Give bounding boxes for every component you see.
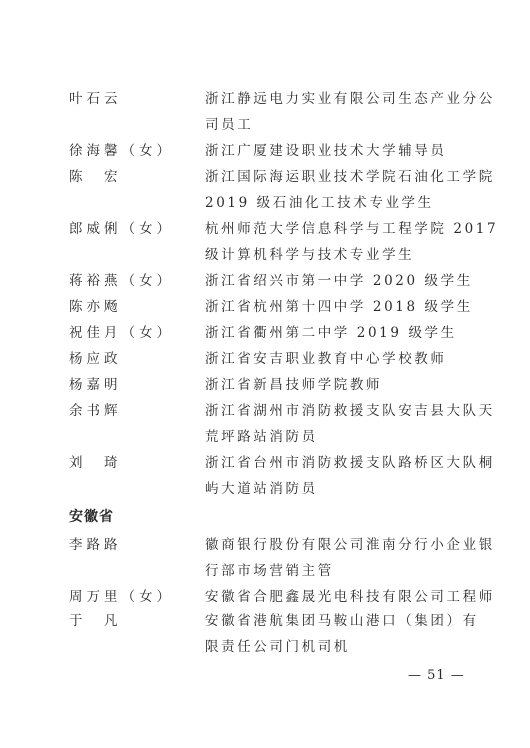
person-affiliation: 浙江省新昌技师学院教师 [205, 372, 382, 398]
person-name: 祝佳月（女） [69, 320, 174, 346]
list-item: 陈亦飏 浙江省杭州第十四中学 2018 级学生 [0, 294, 530, 320]
list-item: 郎威俐（女） 杭州师范大学信息科学与工程学院 2017 [0, 216, 530, 242]
list-item: 祝佳月（女） 浙江省衢州第二中学 2019 级学生 [0, 320, 530, 346]
list-item: 徐海馨（女） 浙江广厦建设职业技术大学辅导员 [0, 138, 530, 164]
person-affiliation: 浙江国际海运职业技术学院石油化工学院 [205, 164, 495, 190]
person-name: 陈亦飏 [69, 294, 122, 320]
list-item: 刘 琦 浙江省台州市消防救援支队路桥区大队桐 [0, 450, 530, 476]
person-name: 余书辉 [69, 398, 122, 424]
list-item-continuation: 行部市场营销主管 [0, 558, 530, 584]
list-item-continuation: 荒坪路站消防员 [0, 424, 530, 450]
person-name: 李路路 [69, 532, 122, 558]
section-heading-anhui: 安徽省 [69, 504, 114, 530]
list-item: 蒋裕燕（女） 浙江省绍兴市第一中学 2020 级学生 [0, 268, 530, 294]
list-item-continuation: 司员工 [0, 112, 530, 138]
person-affiliation: 行部市场营销主管 [205, 558, 334, 584]
list-item: 李路路 徽商银行股份有限公司淮南分行小企业银 [0, 532, 530, 558]
person-affiliation: 浙江省杭州第十四中学 2018 级学生 [205, 294, 473, 320]
list-item: 余书辉 浙江省湖州市消防救援支队安吉县大队天 [0, 398, 530, 424]
person-name: 杨嘉明 [69, 372, 122, 398]
person-name: 周万里（女） [69, 584, 174, 610]
person-affiliation: 浙江省安吉职业教育中心学校教师 [205, 346, 447, 372]
person-affiliation: 安徽省港航集团马鞍山港口（集团）有 [205, 608, 479, 634]
person-affiliation: 2019 级石油化工技术专业学生 [205, 190, 434, 216]
list-item: 杨嘉明 浙江省新昌技师学院教师 [0, 372, 530, 398]
person-name: 徐海馨（女） [69, 138, 174, 164]
person-affiliation: 徽商银行股份有限公司淮南分行小企业银 [205, 532, 495, 558]
person-affiliation: 浙江省衢州第二中学 2019 级学生 [205, 320, 457, 346]
person-affiliation: 级计算机科学与技术专业学生 [205, 242, 414, 268]
person-name: 杨应政 [69, 346, 122, 372]
person-affiliation: 荒坪路站消防员 [205, 424, 318, 450]
person-affiliation: 限责任公司门机司机 [205, 634, 350, 660]
document-page: 叶石云 浙江静远电力实业有限公司生态产业分公 司员工 徐海馨（女） 浙江广厦建设… [0, 0, 530, 748]
list-item: 叶石云 浙江静远电力实业有限公司生态产业分公 [0, 86, 530, 112]
person-affiliation: 杭州师范大学信息科学与工程学院 2017 [205, 216, 498, 242]
person-affiliation: 安徽省合肥鑫晟光电科技有限公司工程师 [205, 584, 495, 610]
person-name: 蒋裕燕（女） [69, 268, 174, 294]
person-name: 叶石云 [69, 86, 122, 112]
list-item: 陈 宏 浙江国际海运职业技术学院石油化工学院 [0, 164, 530, 190]
person-name: 于 凡 [69, 608, 122, 634]
list-item-continuation: 2019 级石油化工技术专业学生 [0, 190, 530, 216]
person-affiliation: 屿大道站消防员 [205, 476, 318, 502]
page-number: — 51 — [408, 668, 465, 683]
list-item-continuation: 限责任公司门机司机 [0, 634, 530, 660]
list-item: 周万里（女） 安徽省合肥鑫晟光电科技有限公司工程师 [0, 584, 530, 610]
list-item: 于 凡 安徽省港航集团马鞍山港口（集团）有 [0, 608, 530, 634]
list-item-continuation: 屿大道站消防员 [0, 476, 530, 502]
person-affiliation: 浙江广厦建设职业技术大学辅导员 [205, 138, 447, 164]
list-item: 杨应政 浙江省安吉职业教育中心学校教师 [0, 346, 530, 372]
person-affiliation: 浙江静远电力实业有限公司生态产业分公 [205, 86, 495, 112]
list-item-continuation: 级计算机科学与技术专业学生 [0, 242, 530, 268]
person-affiliation: 浙江省台州市消防救援支队路桥区大队桐 [205, 450, 495, 476]
person-affiliation: 浙江省湖州市消防救援支队安吉县大队天 [205, 398, 495, 424]
person-name: 郎威俐（女） [69, 216, 174, 242]
person-name: 陈 宏 [69, 164, 122, 190]
person-name: 刘 琦 [69, 450, 122, 476]
person-affiliation: 司员工 [205, 112, 253, 138]
person-affiliation: 浙江省绍兴市第一中学 2020 级学生 [205, 268, 473, 294]
